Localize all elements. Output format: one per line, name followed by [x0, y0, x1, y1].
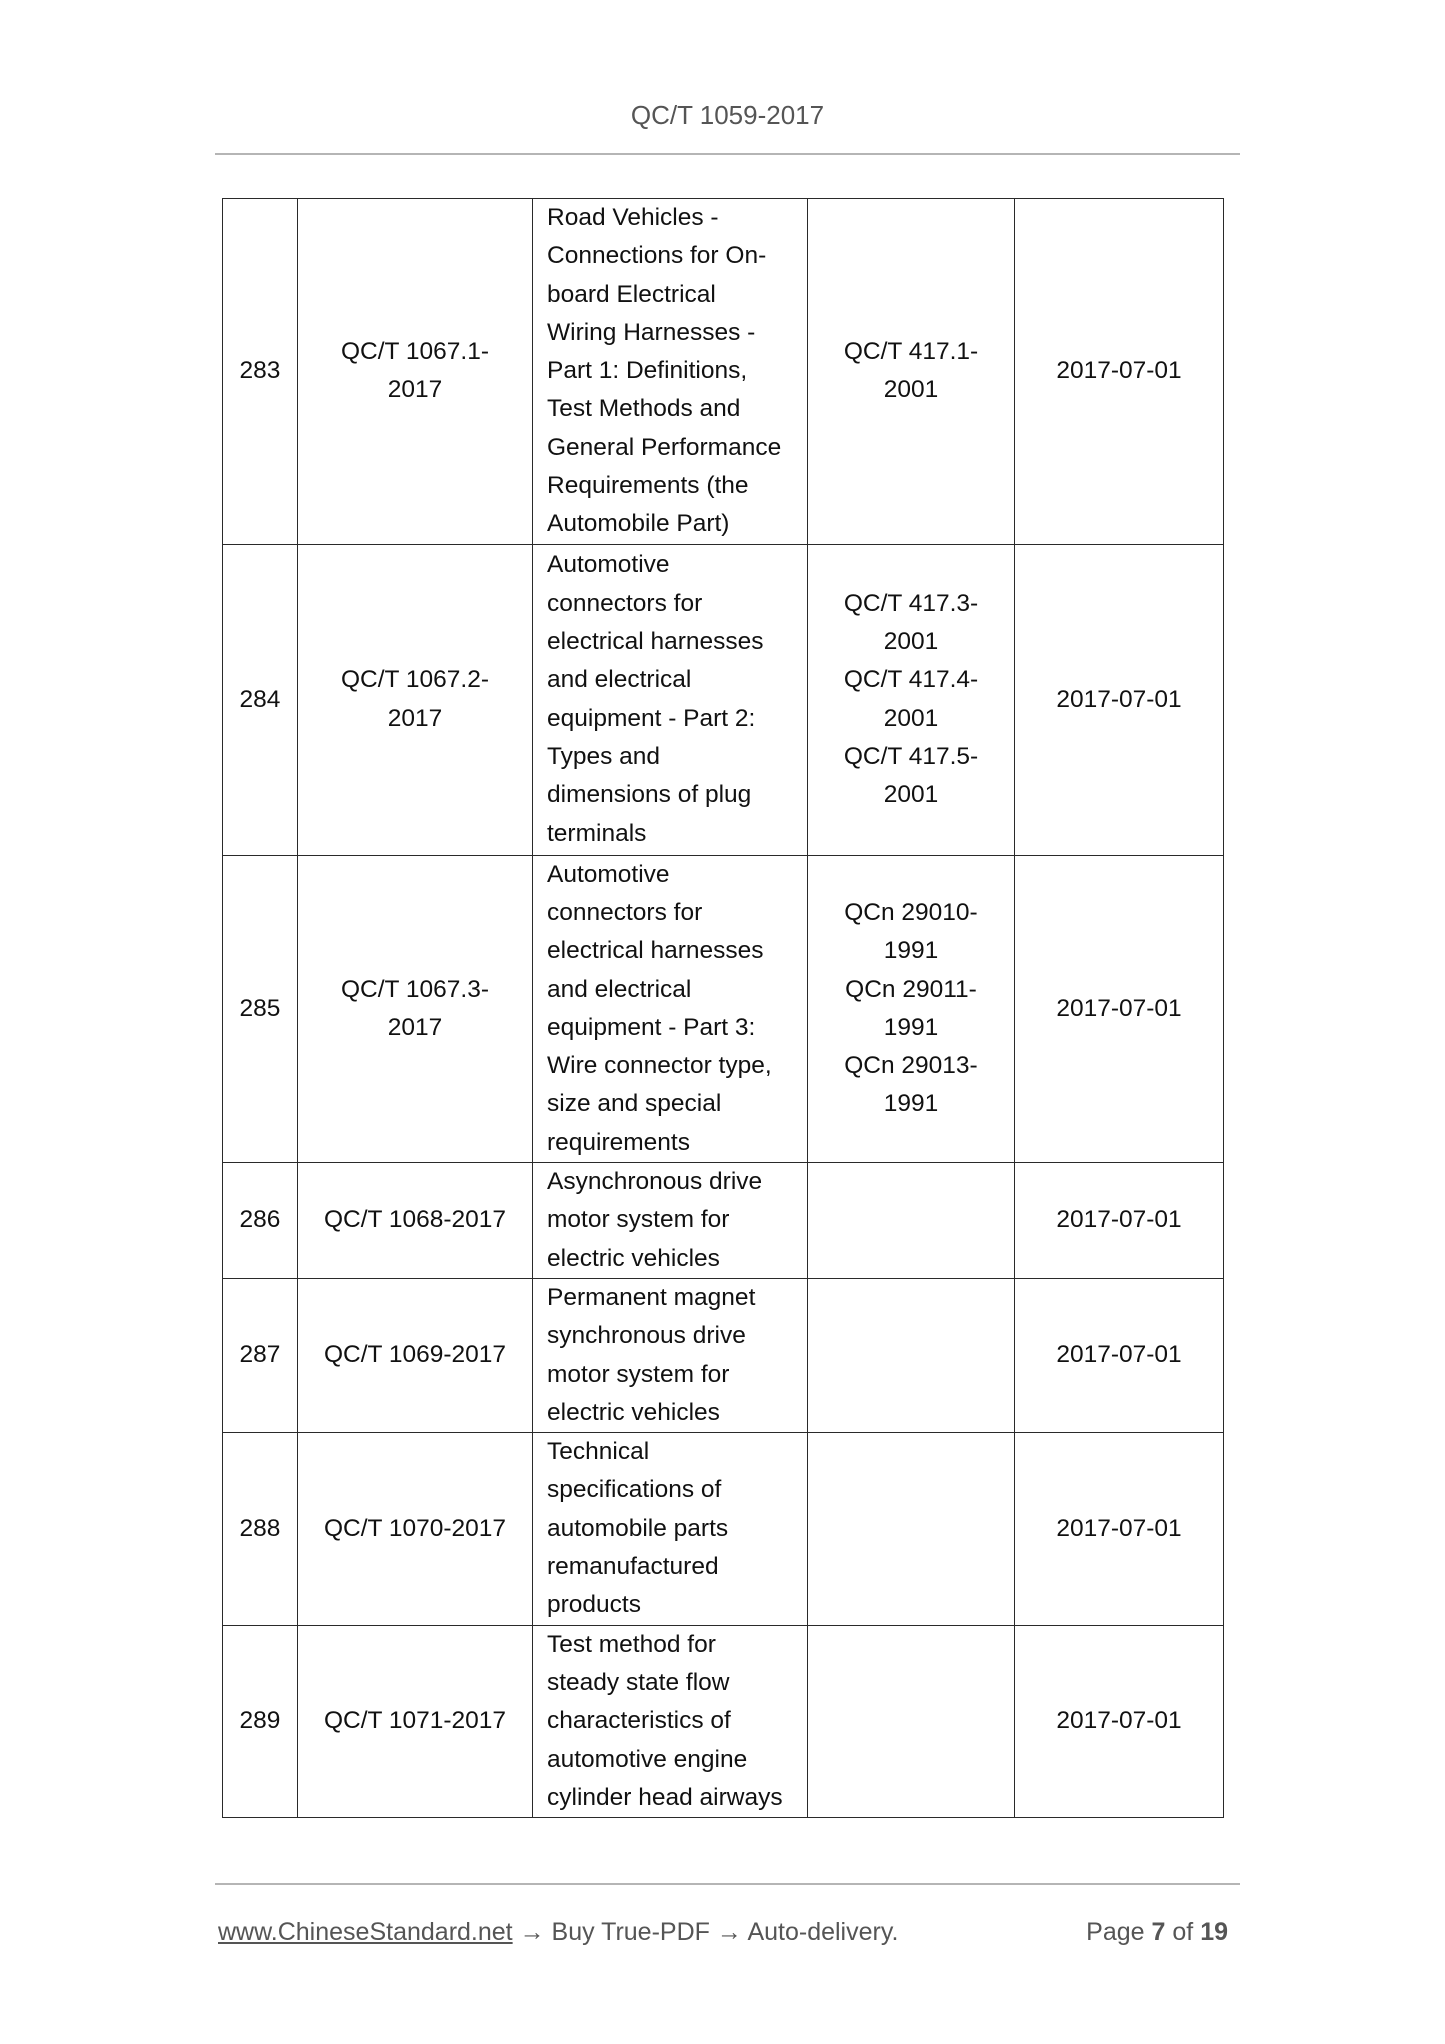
replaced-standard-cell: QCn 29010-1991QCn 29011-1991QCn 29013-19… — [808, 855, 1015, 1162]
standard-name-cell-line: Requirements (the — [547, 467, 801, 505]
standard-name-cell-line: equipment - Part 3: — [547, 1009, 801, 1047]
standard-code-cell-line: 2017 — [298, 371, 532, 409]
row-number-cell: 289 — [223, 1625, 298, 1817]
standard-name-cell: Road Vehicles -Connections for On-board … — [533, 199, 808, 545]
replaced-standard-cell-line: 1991 — [808, 932, 1014, 970]
standard-name-cell-line: automotive engine — [547, 1741, 801, 1779]
replaced-standard-cell-line: QC/T 417.5- — [808, 738, 1014, 776]
replaced-standard-cell-line: QC/T 417.4- — [808, 661, 1014, 699]
replaced-standard-cell-line: 2001 — [808, 371, 1014, 409]
implementation-date-cell: 2017-07-01 — [1015, 1433, 1224, 1625]
footer-divider — [215, 1883, 1240, 1885]
table-row: 289QC/T 1071-2017Test method forsteady s… — [223, 1625, 1224, 1817]
standard-code-cell: QC/T 1067.1-2017 — [298, 199, 533, 545]
implementation-date-cell: 2017-07-01 — [1015, 544, 1224, 855]
standard-name-cell-line: Automotive — [547, 546, 801, 584]
replaced-standard-cell-line: QCn 29010- — [808, 894, 1014, 932]
page-of-label: of — [1172, 1918, 1193, 1946]
table-row: 286QC/T 1068-2017Asynchronous drivemotor… — [223, 1163, 1224, 1279]
standard-code-cell: QC/T 1069-2017 — [298, 1278, 533, 1432]
standard-name-cell-line: board Electrical — [547, 276, 801, 314]
standard-name-cell-line: Types and — [547, 738, 801, 776]
standard-name-cell-line: Automobile Part) — [547, 505, 801, 543]
standard-name-cell-line: Test method for — [547, 1626, 801, 1664]
arrow-right-icon: → — [520, 1918, 545, 1946]
standard-code-cell-line: QC/T 1069-2017 — [298, 1336, 532, 1374]
table-row: 287QC/T 1069-2017Permanent magnetsynchro… — [223, 1278, 1224, 1432]
replaced-standard-cell-line: QCn 29013- — [808, 1047, 1014, 1085]
standard-name-cell: Technicalspecifications ofautomobile par… — [533, 1433, 808, 1625]
implementation-date-cell: 2017-07-01 — [1015, 1625, 1224, 1817]
replaced-standard-cell-line: 2001 — [808, 776, 1014, 814]
standard-name-cell-line: motor system for — [547, 1201, 801, 1239]
standard-code-cell: QC/T 1067.2-2017 — [298, 544, 533, 855]
standard-name-cell-line: Technical — [547, 1433, 801, 1471]
standard-name-cell-line: connectors for — [547, 894, 801, 932]
standard-name-cell-line: specifications of — [547, 1471, 801, 1509]
table-row: 284QC/T 1067.2-2017Automotiveconnectors … — [223, 544, 1224, 855]
replaced-standard-cell-line: 1991 — [808, 1085, 1014, 1123]
row-number-cell: 286 — [223, 1163, 298, 1279]
table-row: 288QC/T 1070-2017Technicalspecifications… — [223, 1433, 1224, 1625]
standard-name-cell: Asynchronous drivemotor system forelectr… — [533, 1163, 808, 1279]
replaced-standard-cell-line: QC/T 417.1- — [808, 333, 1014, 371]
replaced-standard-cell — [808, 1625, 1015, 1817]
standard-name-cell-line: electric vehicles — [547, 1240, 801, 1278]
standard-name-cell-line: electrical harnesses — [547, 932, 801, 970]
replaced-standard-cell — [808, 1433, 1015, 1625]
implementation-date-cell: 2017-07-01 — [1015, 1278, 1224, 1432]
standard-code-cell-line: QC/T 1070-2017 — [298, 1510, 532, 1548]
table-row: 283QC/T 1067.1-2017Road Vehicles -Connec… — [223, 199, 1224, 545]
standard-name-cell: Automotiveconnectors forelectrical harne… — [533, 544, 808, 855]
auto-delivery-text: Auto-delivery. — [747, 1918, 898, 1946]
standard-code-cell-line: QC/T 1067.1- — [298, 333, 532, 371]
replaced-standard-cell — [808, 1278, 1015, 1432]
standard-name-cell-line: characteristics of — [547, 1702, 801, 1740]
standard-code-cell: QC/T 1070-2017 — [298, 1433, 533, 1625]
standard-name-cell-line: Part 1: Definitions, — [547, 352, 801, 390]
replaced-standard-cell-line: 2001 — [808, 700, 1014, 738]
standard-name-cell-line: automobile parts — [547, 1510, 801, 1548]
page-label: Page — [1086, 1918, 1144, 1946]
buy-true-pdf-text: Buy True-PDF — [552, 1918, 710, 1946]
standard-name-cell: Permanent magnetsynchronous drivemotor s… — [533, 1278, 808, 1432]
standard-name-cell-line: synchronous drive — [547, 1317, 801, 1355]
standard-name-cell: Test method forsteady state flowcharacte… — [533, 1625, 808, 1817]
standard-code-cell-line: QC/T 1067.2- — [298, 661, 532, 699]
row-number-cell: 287 — [223, 1278, 298, 1432]
row-number-cell: 284 — [223, 544, 298, 855]
standards-table: 283QC/T 1067.1-2017Road Vehicles -Connec… — [222, 198, 1224, 1818]
standard-name-cell-line: Connections for On- — [547, 237, 801, 275]
replaced-standard-cell — [808, 1163, 1015, 1279]
page-footer: www.ChineseStandard.net → Buy True-PDF →… — [218, 1918, 1228, 1947]
page-header-title: QC/T 1059-2017 — [215, 100, 1240, 131]
implementation-date-cell: 2017-07-01 — [1015, 199, 1224, 545]
standard-name-cell-line: equipment - Part 2: — [547, 700, 801, 738]
standard-code-cell-line: QC/T 1068-2017 — [298, 1201, 532, 1239]
standard-name-cell-line: products — [547, 1586, 801, 1624]
standard-name-cell: Automotiveconnectors forelectrical harne… — [533, 855, 808, 1162]
replaced-standard-cell: QC/T 417.1-2001 — [808, 199, 1015, 545]
standard-name-cell-line: Wire connector type, — [547, 1047, 801, 1085]
standard-name-cell-line: cylinder head airways — [547, 1779, 801, 1817]
row-number-cell: 285 — [223, 855, 298, 1162]
arrow-right-icon: → — [717, 1918, 742, 1946]
implementation-date-cell: 2017-07-01 — [1015, 1163, 1224, 1279]
standard-name-cell-line: remanufactured — [547, 1548, 801, 1586]
page-total: 19 — [1200, 1918, 1228, 1946]
standard-code-cell-line: 2017 — [298, 1009, 532, 1047]
page-current: 7 — [1152, 1918, 1166, 1946]
standard-name-cell-line: General Performance — [547, 429, 801, 467]
standard-name-cell-line: and electrical — [547, 661, 801, 699]
replaced-standard-cell-line: QC/T 417.3- — [808, 585, 1014, 623]
standard-name-cell-line: Wiring Harnesses - — [547, 314, 801, 352]
standard-name-cell-line: motor system for — [547, 1356, 801, 1394]
standard-name-cell-line: Test Methods and — [547, 390, 801, 428]
standard-code-cell: QC/T 1071-2017 — [298, 1625, 533, 1817]
standard-name-cell-line: requirements — [547, 1124, 801, 1162]
standard-name-cell-line: Road Vehicles - — [547, 199, 801, 237]
standard-name-cell-line: electrical harnesses — [547, 623, 801, 661]
standard-name-cell-line: Asynchronous drive — [547, 1163, 801, 1201]
site-link[interactable]: www.ChineseStandard.net — [218, 1918, 513, 1946]
row-number-cell: 283 — [223, 199, 298, 545]
standard-name-cell-line: steady state flow — [547, 1664, 801, 1702]
standard-name-cell-line: Permanent magnet — [547, 1279, 801, 1317]
standard-name-cell-line: connectors for — [547, 585, 801, 623]
standard-name-cell-line: size and special — [547, 1085, 801, 1123]
page-indicator: Page 7 of 19 — [1086, 1918, 1228, 1947]
standard-code-cell-line: 2017 — [298, 700, 532, 738]
standard-name-cell-line: dimensions of plug — [547, 776, 801, 814]
standard-code-cell-line: QC/T 1071-2017 — [298, 1702, 532, 1740]
table-row: 285QC/T 1067.3-2017Automotiveconnectors … — [223, 855, 1224, 1162]
replaced-standard-cell-line: 2001 — [808, 623, 1014, 661]
replaced-standard-cell: QC/T 417.3-2001QC/T 417.4-2001QC/T 417.5… — [808, 544, 1015, 855]
standard-code-cell: QC/T 1067.3-2017 — [298, 855, 533, 1162]
implementation-date-cell: 2017-07-01 — [1015, 855, 1224, 1162]
replaced-standard-cell-line: 1991 — [808, 1009, 1014, 1047]
standard-code-cell: QC/T 1068-2017 — [298, 1163, 533, 1279]
standard-name-cell-line: Automotive — [547, 856, 801, 894]
standard-name-cell-line: terminals — [547, 815, 801, 853]
header-divider — [215, 153, 1240, 155]
standard-name-cell-line: and electrical — [547, 971, 801, 1009]
standard-code-cell-line: QC/T 1067.3- — [298, 971, 532, 1009]
standard-name-cell-line: electric vehicles — [547, 1394, 801, 1432]
replaced-standard-cell-line: QCn 29011- — [808, 971, 1014, 1009]
row-number-cell: 288 — [223, 1433, 298, 1625]
